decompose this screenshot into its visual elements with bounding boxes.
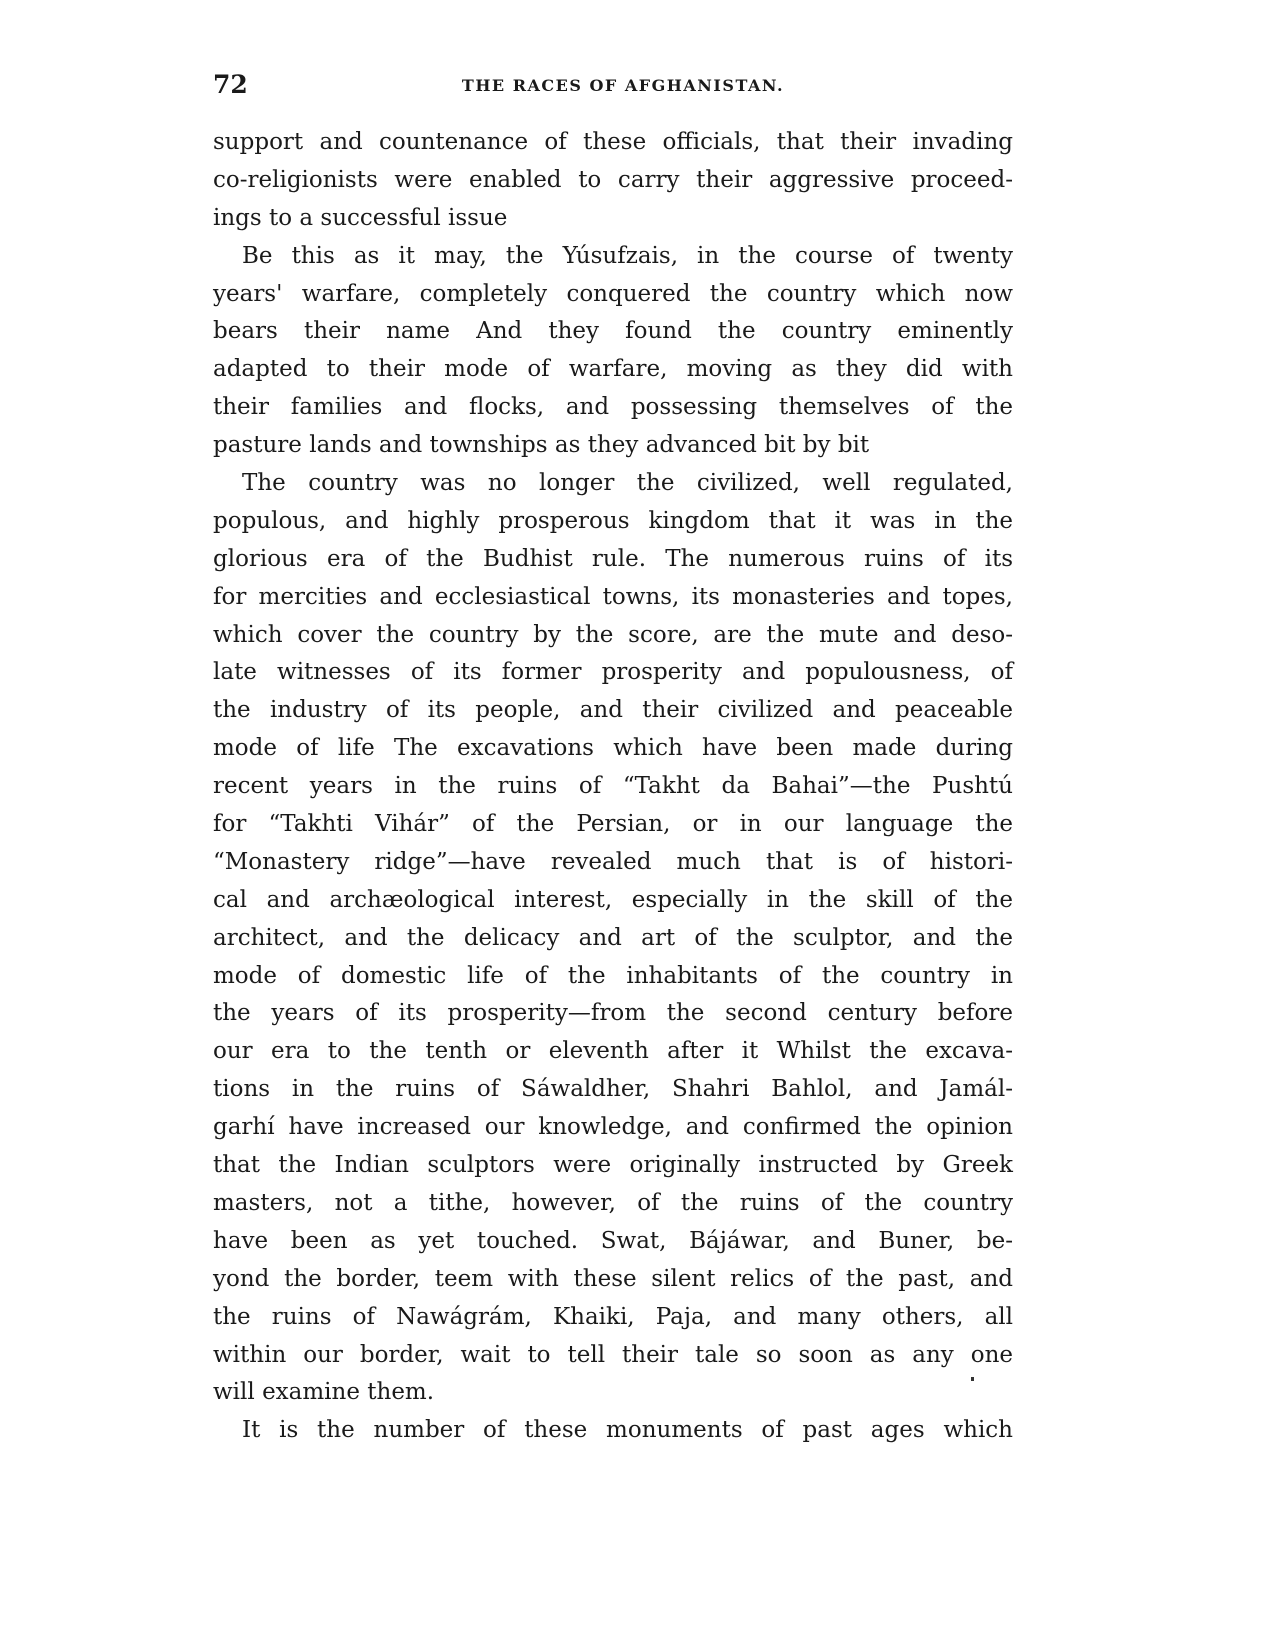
text-line: garhí have increased our knowledge, and … xyxy=(213,1109,1013,1147)
text-line: will examine them. xyxy=(213,1374,1013,1412)
text-line: have been as yet touched. Swat, Bájáwar,… xyxy=(213,1223,1013,1261)
text-line: “Monastery ridge”—have revealed much tha… xyxy=(213,844,1013,882)
text-line: yond the border, teem with these silent … xyxy=(213,1261,1013,1299)
text-line: tions in the ruins of Sáwaldher, Shahri … xyxy=(213,1071,1013,1109)
text-line: The country was no longer the civilized,… xyxy=(213,465,1013,503)
text-line: populous, and highly prosperous kingdom … xyxy=(213,503,1013,541)
text-line: that the Indian sculptors were originall… xyxy=(213,1147,1013,1185)
text-line: ings to a successful issue xyxy=(213,200,1013,238)
text-line: late witnesses of its former prosperity … xyxy=(213,654,1013,692)
text-line: pasture lands and townships as they adva… xyxy=(213,427,1013,465)
text-line: for mercities and ecclesiastical towns, … xyxy=(213,579,1013,617)
text-line: recent years in the ruins of “Takht da B… xyxy=(213,768,1013,806)
running-title: THE RACES OF AFGHANISTAN. xyxy=(213,76,1013,95)
book-page: 72 THE RACES OF AFGHANISTAN. support and… xyxy=(0,0,1275,1650)
text-line: It is the number of these monuments of p… xyxy=(213,1412,1013,1450)
text-line: architect, and the delicacy and art of t… xyxy=(213,920,1013,958)
text-line: the ruins of Nawágrám, Khaiki, Paja, and… xyxy=(213,1299,1013,1337)
page-header: 72 THE RACES OF AFGHANISTAN. xyxy=(213,70,1013,100)
body-text: support and countenance of these officia… xyxy=(213,124,1013,1450)
text-line: adapted to their mode of warfare, moving… xyxy=(213,351,1013,389)
text-line: our era to the tenth or eleventh after i… xyxy=(213,1033,1013,1071)
text-line: the years of its prosperity—from the sec… xyxy=(213,995,1013,1033)
print-speck xyxy=(971,1377,974,1381)
text-line: Be this as it may, the Yúsufzais, in the… xyxy=(213,238,1013,276)
text-line: which cover the country by the score, ar… xyxy=(213,617,1013,655)
text-line: glorious era of the Budhist rule. The nu… xyxy=(213,541,1013,579)
text-line: for “Takhti Vihár” of the Persian, or in… xyxy=(213,806,1013,844)
text-line: within our border, wait to tell their ta… xyxy=(213,1337,1013,1375)
text-line: years' warfare, completely conquered the… xyxy=(213,276,1013,314)
text-line: the industry of its people, and their ci… xyxy=(213,692,1013,730)
text-line: masters, not a tithe, however, of the ru… xyxy=(213,1185,1013,1223)
text-line: co-religionists were enabled to carry th… xyxy=(213,162,1013,200)
text-line: bears their name And they found the coun… xyxy=(213,313,1013,351)
text-line: mode of domestic life of the inhabitants… xyxy=(213,958,1013,996)
text-line: cal and archæological interest, especial… xyxy=(213,882,1013,920)
text-line: their families and flocks, and possessin… xyxy=(213,389,1013,427)
text-line: mode of life The excavations which have … xyxy=(213,730,1013,768)
text-line: support and countenance of these officia… xyxy=(213,124,1013,162)
